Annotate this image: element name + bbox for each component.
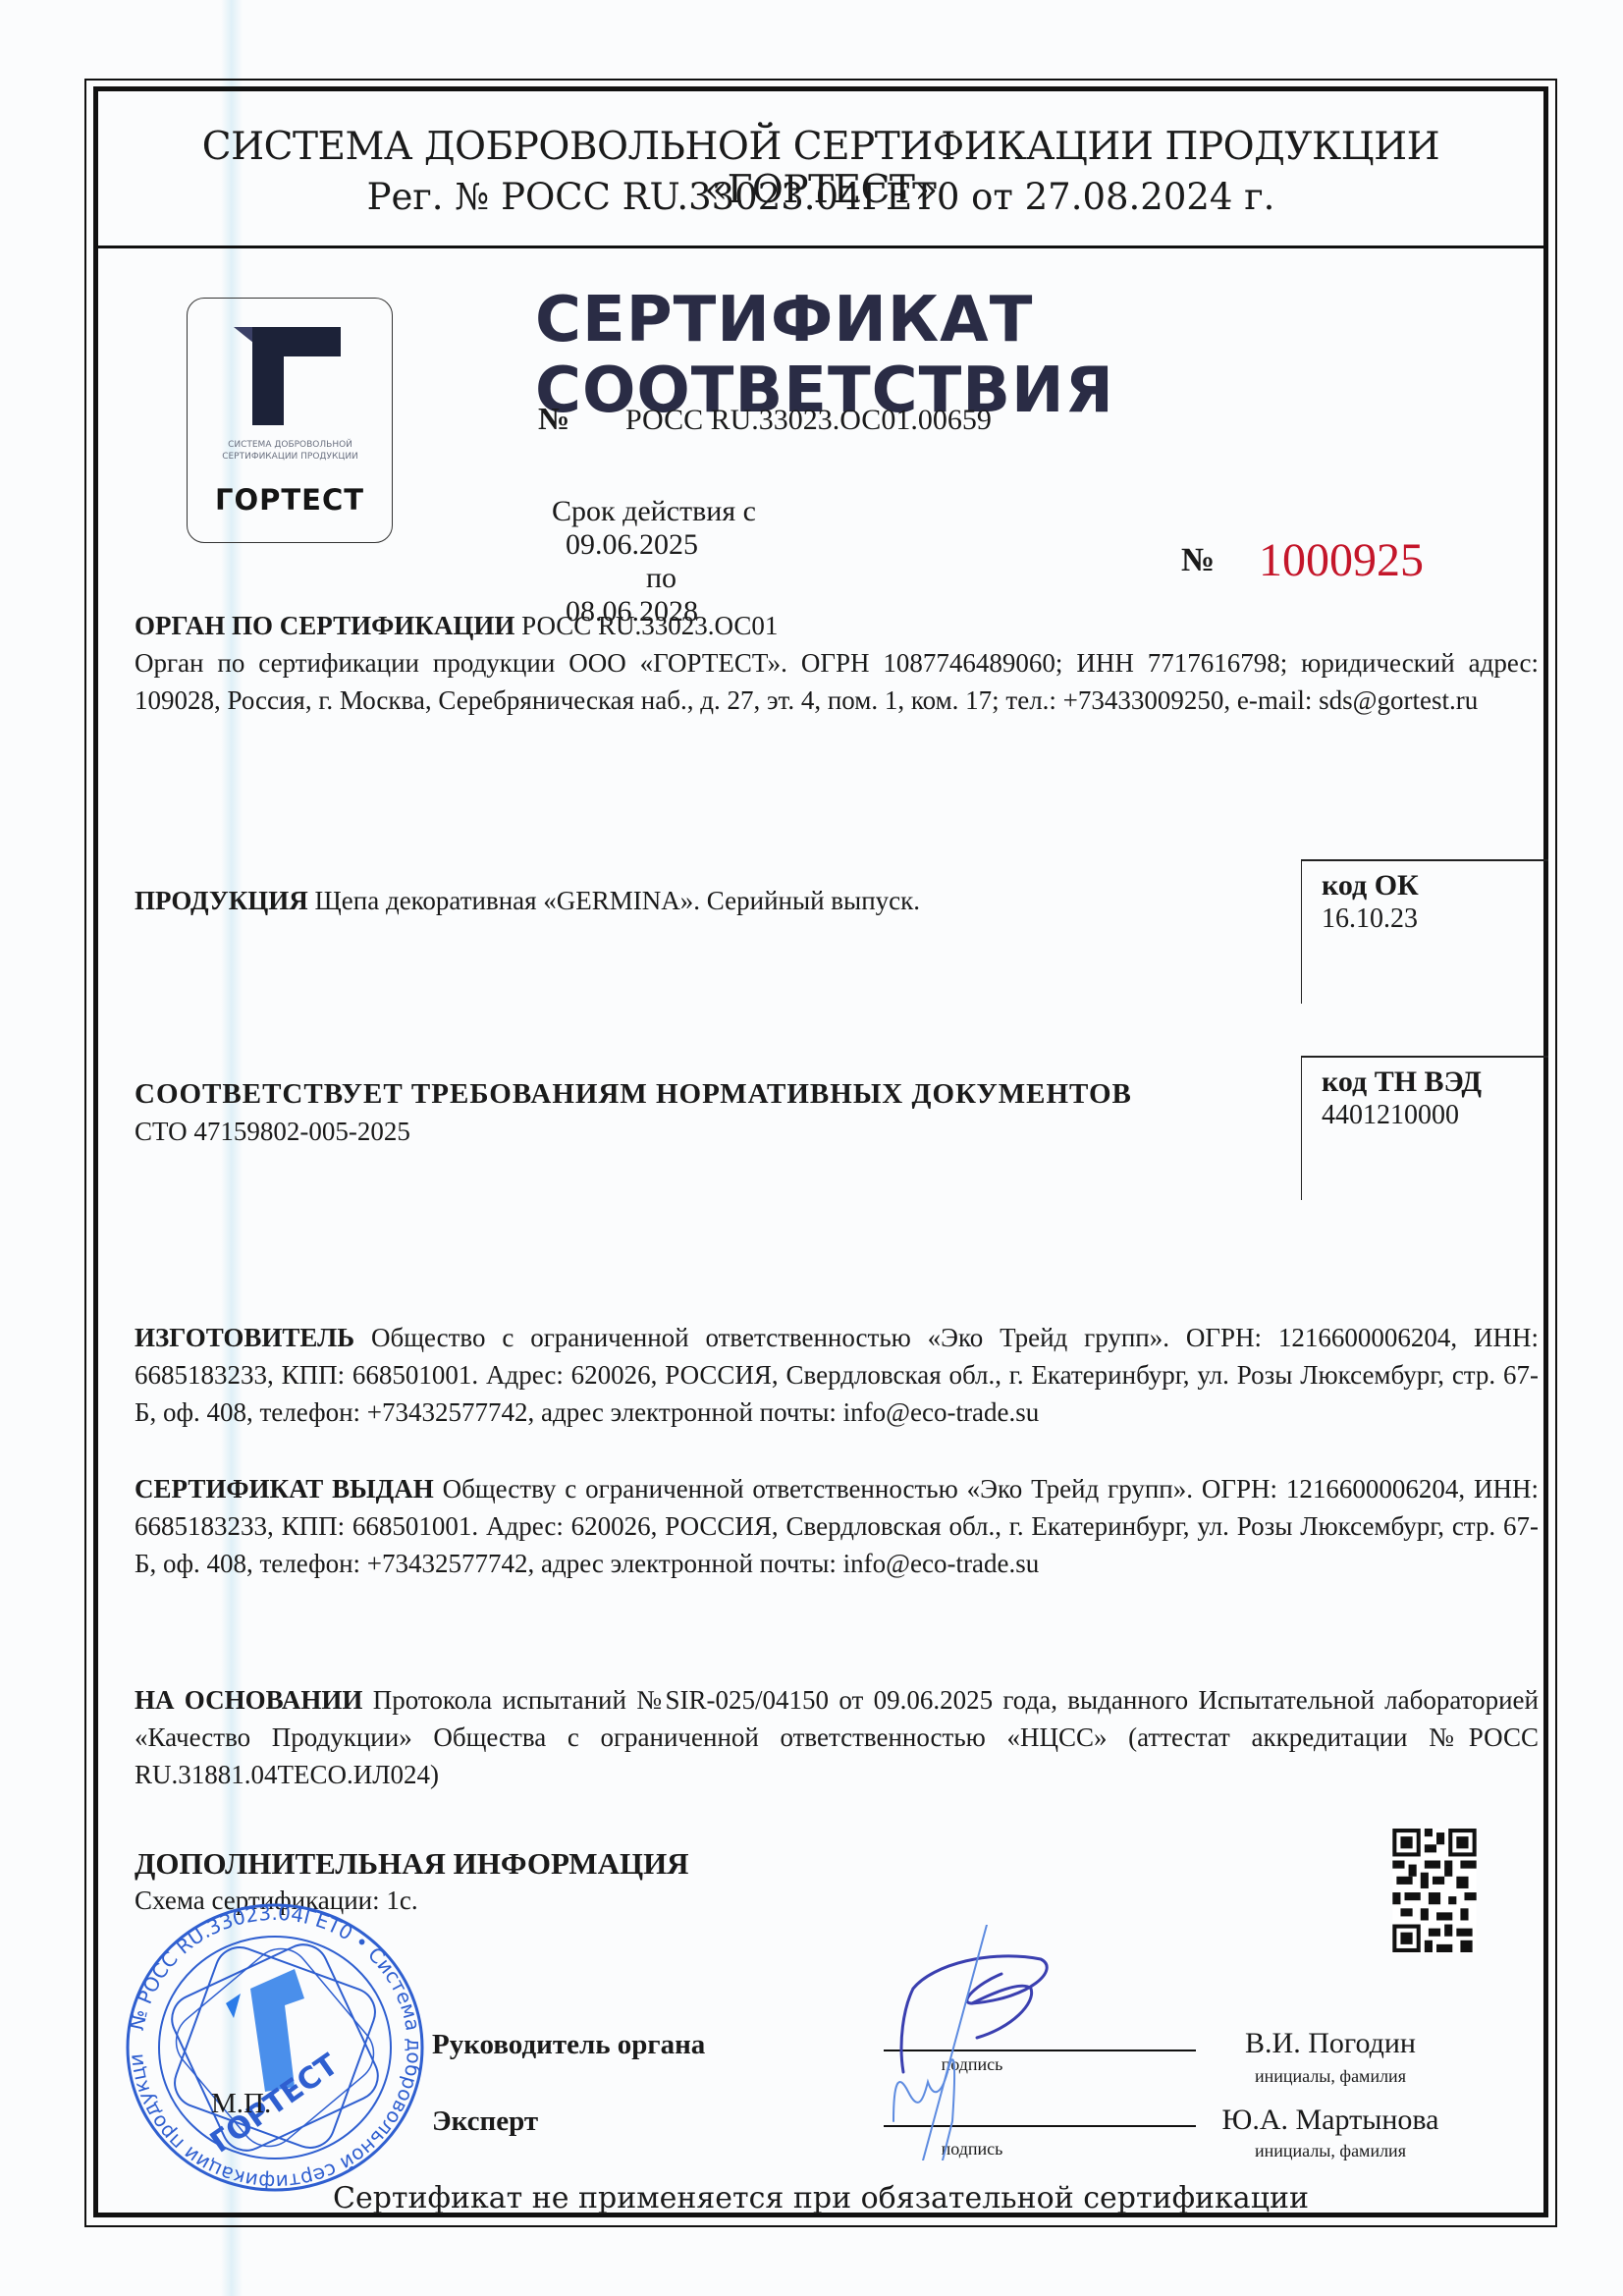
logo-tagline-1: СИСТЕМА ДОБРОВОЛЬНОЙ (194, 440, 386, 451)
logo-name: ГОРТЕСТ (187, 483, 393, 517)
code-tnved-value: 4401210000 (1302, 1099, 1548, 1132)
serial-sign: № (1181, 542, 1215, 579)
validity-period: Срок действия с 09.06.2025 по 08.06.2028 (537, 462, 756, 629)
basis-heading: НА ОСНОВАНИИ (135, 1685, 362, 1715)
signature-icon (864, 1925, 1159, 2160)
footer-note: Сертификат не применяется при обязательн… (98, 2182, 1543, 2215)
certificate-number: РОСС RU.33023.ОС01.00659 (625, 404, 992, 437)
valid-to-label: по (646, 562, 676, 595)
basis-section: НА ОСНОВАНИИ Протокола испытаний №SIR-02… (135, 1681, 1539, 1793)
valid-from: 09.06.2025 (566, 528, 698, 562)
head-label: Руководитель органа (432, 2029, 705, 2061)
issued-to-heading: СЕРТИФИКАТ ВЫДАН (135, 1474, 434, 1503)
code-tnved-box: код ТН ВЭД 4401210000 (1301, 1056, 1548, 1200)
gortest-g-logo-icon-stem (252, 327, 284, 425)
registration-number: Рег. № РОСС RU.33023.04ГЕТ0 от 27.08.202… (98, 177, 1543, 218)
serial-number: 1000925 (1259, 533, 1424, 587)
code-ok-label: код ОК (1302, 861, 1548, 902)
additional-info-heading: ДОПОЛНИТЕЛЬНАЯ ИНФОРМАЦИЯ (135, 1846, 689, 1882)
gortest-g-logo-icon (234, 327, 253, 343)
expert-name: Ю.А. Мартынова (1178, 2104, 1483, 2137)
issued-to-section: СЕРТИФИКАТ ВЫДАН Обществу с ограниченной… (135, 1470, 1539, 1582)
manufacturer-heading: ИЗГОТОВИТЕЛЬ (135, 1323, 354, 1352)
header-divider (98, 246, 1543, 248)
certification-body-code: РОСС RU.33023.ОС01 (521, 611, 778, 640)
code-tnved-label: код ТН ВЭД (1302, 1058, 1548, 1099)
seal-label: М.П. (211, 2088, 271, 2120)
expert-name-caption: инициалы, фамилия (1178, 2141, 1483, 2161)
head-name-caption: инициалы, фамилия (1178, 2066, 1483, 2087)
head-name: В.И. Погодин (1178, 2027, 1483, 2060)
manufacturer-section: ИЗГОТОВИТЕЛЬ Общество с ограниченной отв… (135, 1319, 1539, 1431)
seal-stamp-icon: № РОСС RU.33023.04ГЕТ0 • Система доброво… (118, 1895, 432, 2200)
validity-label: Срок действия с (552, 495, 756, 528)
conformity-text: СТО 47159802-005-2025 (135, 1113, 1293, 1150)
qr-code-icon[interactable] (1392, 1829, 1477, 1952)
expert-label: Эксперт (432, 2105, 538, 2138)
conformity-section: СООТВЕТСТВУЕТ ТРЕБОВАНИЯМ НОРМАТИВНЫХ ДО… (135, 1075, 1293, 1150)
certification-body-heading: ОРГАН ПО СЕРТИФИКАЦИИ (135, 611, 514, 640)
certification-body-text: Орган по сертификации продукции ООО «ГОР… (135, 644, 1539, 719)
conformity-heading: СООТВЕТСТВУЕТ ТРЕБОВАНИЯМ НОРМАТИВНЫХ ДО… (135, 1075, 1293, 1113)
logo-tagline-2: СЕРТИФИКАЦИИ ПРОДУКЦИИ (194, 452, 386, 463)
product-section: ПРОДУКЦИЯ Щепа декоративная «GERMINA». С… (135, 882, 1273, 919)
code-ok-value: 16.10.23 (1302, 902, 1548, 936)
number-sign: № (538, 401, 569, 437)
code-ok-box: код ОК 16.10.23 (1301, 859, 1548, 1004)
product-heading: ПРОДУКЦИЯ (135, 886, 308, 915)
certification-body-section: ОРГАН ПО СЕРТИФИКАЦИИ РОСС RU.33023.ОС01… (135, 607, 1539, 719)
product-text: Щепа декоративная «GERMINA». Серийный вы… (315, 886, 920, 915)
